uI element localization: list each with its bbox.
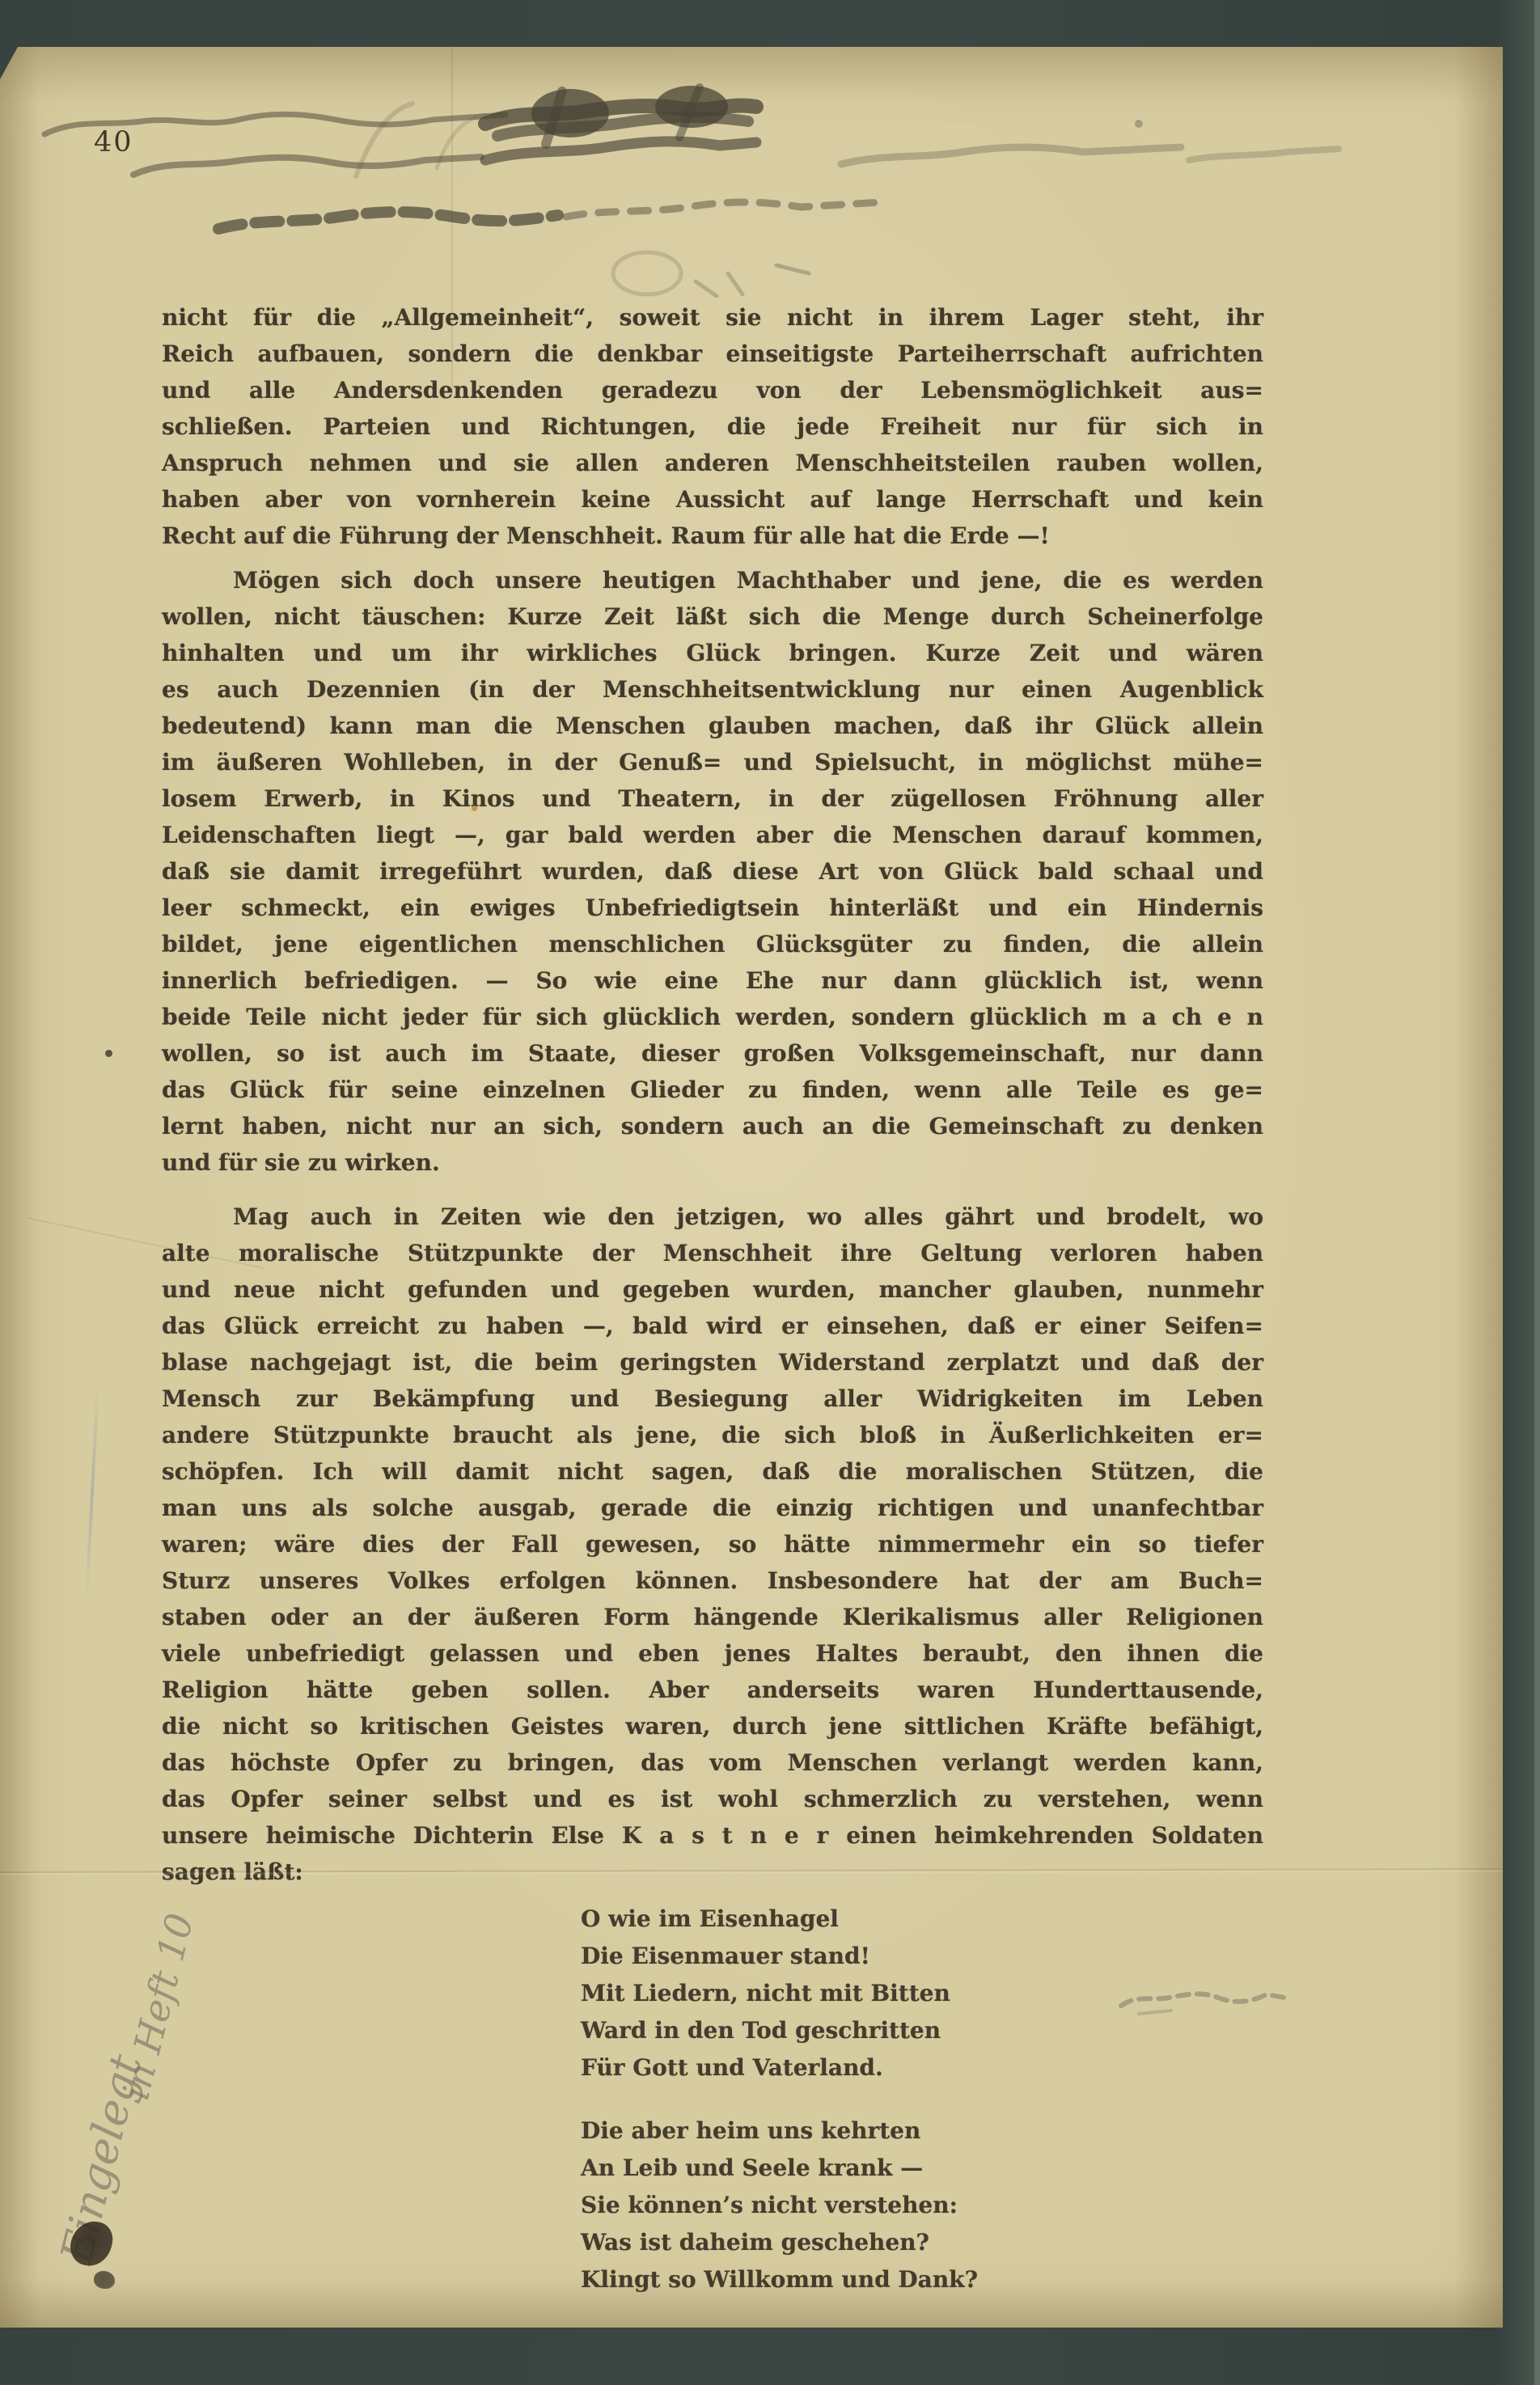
- poem-line: Für Gott und Vaterland.: [581, 2049, 978, 2087]
- prose-line: bildet, jene eigentlichen menschlichen G…: [162, 926, 1263, 962]
- prose-line: wollen, nicht täuschen: Kurze Zeit läßt …: [162, 598, 1263, 635]
- poem-line: Was ist daheim geschehen?: [581, 2224, 978, 2261]
- prose-line: schließen. Parteien und Richtungen, die …: [162, 408, 1263, 445]
- prose-line: Reich aufbauen, sondern die denkbar eins…: [162, 336, 1263, 372]
- scribble-ghost-oval: [613, 252, 681, 294]
- poem-line: Ward in den Tod geschritten: [581, 2012, 978, 2049]
- prose-line: das höchste Opfer zu bringen, das vom Me…: [162, 1744, 1263, 1781]
- scribble-stroke: [566, 202, 882, 217]
- prose-line: wollen, so ist auch im Staate, dieser gr…: [162, 1035, 1263, 1072]
- prose-block: nicht für die „Allgemeinheit“, soweit si…: [162, 299, 1263, 1890]
- poem-block: O wie im EisenhagelDie Eisenmauer stand!…: [581, 1901, 978, 2298]
- paragraph: Mögen sich doch unsere heutigen Machthab…: [162, 562, 1263, 1181]
- prose-line: Recht auf die Führung der Menschheit. Ra…: [162, 518, 1263, 554]
- scribble-stroke: [841, 147, 1181, 164]
- poem-line: O wie im Eisenhagel: [581, 1901, 978, 1938]
- prose-line: losem Erwerb, in Kinos und Theatern, in …: [162, 780, 1263, 817]
- prose-line: Mensch zur Bekämpfung und Besiegung alle…: [162, 1381, 1263, 1417]
- prose-line: lernt haben, nicht nur an sich, sondern …: [162, 1108, 1263, 1144]
- ink-blot: [94, 2271, 115, 2289]
- prose-line: beide Teile nicht jeder für sich glückli…: [162, 999, 1263, 1035]
- poem-line: An Leib und Seele krank —: [581, 2150, 978, 2187]
- poem-stanza: Die aber heim uns kehrtenAn Leib und See…: [581, 2112, 978, 2298]
- prose-line: viele unbefriedigt gelassen und eben jen…: [162, 1635, 1263, 1672]
- prose-line: waren; wäre dies der Fall gewesen, so hä…: [162, 1526, 1263, 1563]
- prose-line: und für sie zu wirken.: [162, 1144, 1263, 1181]
- right-margin-pencil-mark: [1115, 1977, 1292, 2022]
- ink-speck: [105, 1050, 112, 1057]
- prose-line: und alle Andersdenkenden geradezu von de…: [162, 372, 1263, 408]
- poem-line: Sie können’s nicht verstehen:: [581, 2187, 978, 2224]
- pencil-speck: [1135, 120, 1143, 128]
- poem-line: Die aber heim uns kehrten: [581, 2112, 978, 2150]
- pencil-scribbles: [32, 79, 1375, 322]
- prose-line: man uns als solche ausgab, gerade die ei…: [162, 1490, 1263, 1526]
- paper-crease: [451, 47, 453, 395]
- prose-line: Anspruch nehmen und sie allen anderen Me…: [162, 445, 1263, 481]
- prose-line: andere Stützpunkte braucht als jene, die…: [162, 1417, 1263, 1453]
- scribble-stroke: [776, 265, 809, 273]
- prose-line: daß sie damit irregeführt wurden, daß di…: [162, 853, 1263, 890]
- scribble-blot: [531, 89, 609, 137]
- scribble-stroke: [218, 212, 558, 229]
- page-number: 40: [94, 126, 133, 159]
- poem-line: Die Eisenmauer stand!: [581, 1938, 978, 1975]
- poem-line: Klingt so Willkomm und Dank?: [581, 2261, 978, 2298]
- prose-line: es auch Dezennien (in der Menschheitsent…: [162, 671, 1263, 708]
- paragraph: Mag auch in Zeiten wie den jetzigen, wo …: [162, 1199, 1263, 1890]
- poem-line: Mit Liedern, nicht mit Bitten: [581, 1975, 978, 2012]
- poem-stanza: O wie im EisenhagelDie Eisenmauer stand!…: [581, 1901, 978, 2087]
- prose-line: schöpfen. Ich will damit nicht sagen, da…: [162, 1453, 1263, 1490]
- scribble-stroke: [696, 273, 742, 296]
- prose-line: alte moralische Stützpunkte der Menschhe…: [162, 1235, 1263, 1271]
- page-corner-shadow: [0, 47, 18, 79]
- paragraph: nicht für die „Allgemeinheit“, soweit si…: [162, 299, 1263, 554]
- rust-speck: [472, 806, 477, 811]
- prose-line: Mögen sich doch unsere heutigen Machthab…: [162, 562, 1263, 598]
- prose-line: und neue nicht gefunden und gegeben wurd…: [162, 1271, 1263, 1308]
- prose-line: staben oder an der äußeren Form hängende…: [162, 1599, 1263, 1635]
- prose-line: Sturz unseres Volkes erfolgen können. In…: [162, 1563, 1263, 1599]
- prose-line: blase nachgejagt ist, die beim geringste…: [162, 1344, 1263, 1381]
- prose-line: bedeutend) kann man die Menschen glauben…: [162, 708, 1263, 744]
- blue-pencil-mark: [85, 1383, 99, 1601]
- book-page: 40 nicht für die „Allgemeinheit“, soweit…: [0, 47, 1503, 2328]
- scribble-stroke: [1121, 1994, 1284, 2006]
- prose-line: Religion hätte geben sollen. Aber anders…: [162, 1672, 1263, 1708]
- prose-line: die nicht so kritischen Geistes waren, d…: [162, 1708, 1263, 1744]
- prose-line: das Glück erreicht zu haben —, bald wird…: [162, 1308, 1263, 1344]
- prose-line: innerlich befriedigen. — So wie eine Ehe…: [162, 962, 1263, 999]
- prose-line: das Opfer seiner selbst und es ist wohl …: [162, 1781, 1263, 1817]
- scribble-stroke: [1139, 2011, 1171, 2014]
- prose-line: hinhalten und um ihr wirkliches Glück br…: [162, 635, 1263, 671]
- prose-line: haben aber von vornherein keine Aussicht…: [162, 481, 1263, 518]
- prose-line: unsere heimische Dichterin Else K a s t …: [162, 1817, 1263, 1854]
- scribble-stroke: [133, 157, 481, 175]
- scan-edge-strip: [1534, 0, 1540, 2385]
- scribble-stroke: [1189, 149, 1339, 160]
- scribble-stroke: [485, 142, 756, 160]
- prose-line: nicht für die „Allgemeinheit“, soweit si…: [162, 299, 1263, 336]
- prose-line: im äußeren Wohlleben, in der Genuß= und …: [162, 744, 1263, 780]
- prose-line: Mag auch in Zeiten wie den jetzigen, wo …: [162, 1199, 1263, 1235]
- prose-line: leer schmeckt, ein ewiges Unbefriedigtse…: [162, 890, 1263, 926]
- prose-line: Leidenschaften liegt —, gar bald werden …: [162, 817, 1263, 853]
- prose-line: das Glück für seine einzelnen Glieder zu…: [162, 1072, 1263, 1108]
- scanned-page-screen: 40 nicht für die „Allgemeinheit“, soweit…: [0, 0, 1540, 2385]
